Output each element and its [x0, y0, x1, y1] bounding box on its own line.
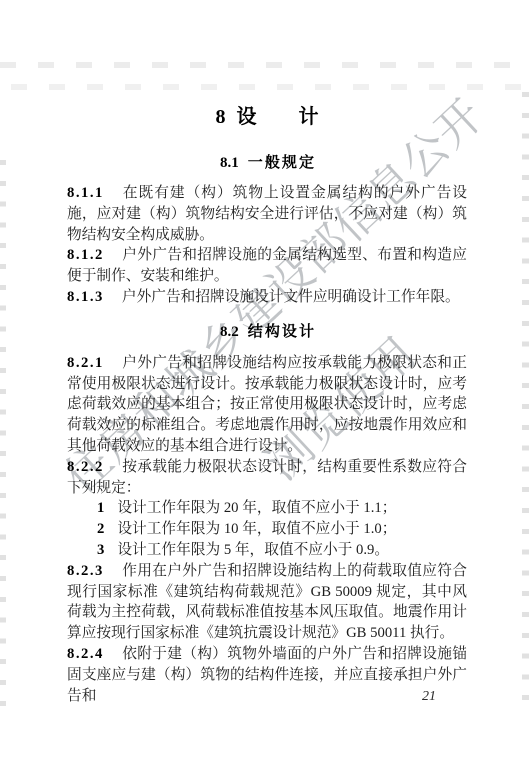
chapter-number: 8	[216, 106, 226, 128]
clause-8-2-4: 8.2.4依附于建（构）筑物外墙面的户外广告和招牌设施锚固支座应与建（构）筑物的…	[67, 644, 467, 706]
list-item-1: 1设计工作年限为 20 年，取值不应小于 1.1；	[67, 498, 467, 519]
list-item-text: 设计工作年限为 10 年，取值不应小于 1.0；	[117, 519, 396, 540]
clause-label: 8.2.2	[67, 459, 104, 475]
scan-noise-right-edge	[522, 92, 529, 710]
section-heading-8-2: 8.2结构设计	[67, 321, 467, 343]
list-item-number: 1	[97, 498, 104, 519]
section-number: 8.2	[220, 324, 239, 340]
chapter-title: 8设计	[67, 104, 467, 130]
document-page: { "title": { "number": "8", "text": "设计"…	[0, 0, 529, 767]
clause-label: 8.2.3	[67, 563, 104, 579]
list-item-text: 设计工作年限为 20 年，取值不应小于 1.1；	[117, 498, 396, 519]
page-content: 8设计 8.1一般规定 8.1.1在既有建（构）筑物上设置金属结构的户外广告设施…	[67, 0, 467, 706]
scan-noise-left-edge	[0, 160, 6, 710]
clause-text: 作用在户外广告和招牌设施结构上的荷载取值应符合现行国家标准《建筑结构荷载规范》G…	[67, 563, 467, 641]
clause-8-1-2: 8.1.2户外广告和招牌设施的金属结构选型、布置和构造应便于制作、安装和维护。	[67, 245, 467, 287]
list-item-number: 2	[97, 519, 104, 540]
chapter-title-text: 设计	[237, 106, 361, 128]
clause-8-2-2: 8.2.2按承载能力极限状态设计时，结构重要性系数应符合下列规定：	[67, 457, 467, 499]
clause-label: 8.1.2	[67, 247, 104, 263]
clause-label: 8.2.4	[67, 646, 104, 662]
list-item-number: 3	[97, 540, 104, 561]
section-heading-text: 一般规定	[248, 155, 316, 171]
clause-8-1-3: 8.1.3户外广告和招牌设施设计文件应明确设计工作年限。	[67, 287, 467, 308]
clause-label: 8.1.1	[67, 185, 104, 201]
clause-8-2-1: 8.2.1户外广告和招牌设施结构应按承载能力极限状态和正常使用极限状态进行设计。…	[67, 353, 467, 457]
clause-text: 户外广告和招牌设施结构应按承载能力极限状态和正常使用极限状态进行设计。按承载能力…	[67, 355, 467, 454]
clause-text: 户外广告和招牌设施的金属结构选型、布置和构造应便于制作、安装和维护。	[67, 247, 467, 284]
clause-label: 8.2.1	[67, 355, 104, 371]
clause-text: 户外广告和招牌设施设计文件应明确设计工作年限。	[122, 289, 460, 305]
clause-text: 依附于建（构）筑物外墙面的户外广告和招牌设施锚固支座应与建（构）筑物的结构件连接…	[67, 646, 467, 704]
clause-8-2-3: 8.2.3作用在户外广告和招牌设施结构上的荷载取值应符合现行国家标准《建筑结构荷…	[67, 561, 467, 644]
page-number: 21	[422, 689, 436, 705]
clause-8-1-1: 8.1.1在既有建（构）筑物上设置金属结构的户外广告设施，应对建（构）筑物结构安…	[67, 183, 467, 245]
clause-text: 按承载能力极限状态设计时，结构重要性系数应符合下列规定：	[67, 459, 467, 496]
section-heading-text: 结构设计	[248, 324, 316, 340]
clause-text: 在既有建（构）筑物上设置金属结构的户外广告设施，应对建（构）筑物结构安全进行评估…	[67, 185, 467, 243]
list-item-text: 设计工作年限为 5 年，取值不应小于 0.9。	[117, 540, 389, 561]
clause-label: 8.1.3	[67, 289, 104, 305]
section-number: 8.1	[220, 155, 239, 171]
list-item-2: 2设计工作年限为 10 年，取值不应小于 1.0；	[67, 519, 467, 540]
section-heading-8-1: 8.1一般规定	[67, 152, 467, 174]
list-item-3: 3设计工作年限为 5 年，取值不应小于 0.9。	[67, 540, 467, 561]
